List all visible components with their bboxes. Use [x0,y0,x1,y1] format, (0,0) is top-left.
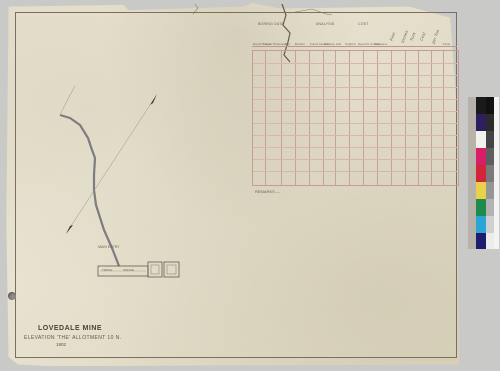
office-label: OFFICE [123,268,134,272]
ruler-scale [468,97,476,249]
header-group-boring: BORING DATA [258,22,284,26]
handwritten-notes: Feet Inches Tons Cost per Ton [388,26,448,46]
punch-hole [8,292,16,300]
map-date: 1902 [56,342,66,347]
map-subtitle: ELEVATION 'THE' ALLOTMENT 10 N. [24,335,121,341]
map-title: LOVEDALE MINE [38,325,102,332]
swatch-blue [476,233,486,249]
col-thickness: Coal Thickness [265,42,287,46]
col-moisture: Moisture [375,42,387,46]
swatch-red [476,165,486,182]
boring-data-table [252,50,459,186]
swatch-purple [476,114,486,131]
color-calibration-strip [468,97,499,249]
header-rule [252,46,457,47]
col-bottom: Bottom [295,42,305,46]
swatch-cyan [476,216,486,233]
col-top: Top [285,42,290,46]
swatch-magenta [476,148,486,165]
swatch-green [476,199,486,216]
swatch-black [476,97,486,114]
header-group-cost: COST [358,22,369,26]
col-sulphur: Sulphur [345,42,356,46]
tipple-label: TIPPLE [102,268,112,272]
entry-label: MAIN ENTRY [98,245,120,249]
remarks-label: REMARKS --- [255,189,280,194]
header-group-analysis: ANALYSIS [316,22,334,26]
swatch-yellow [476,182,486,199]
col-ash: Ash [336,42,341,46]
col-volatile: Volatile [324,42,335,46]
swatch-white [476,131,486,148]
